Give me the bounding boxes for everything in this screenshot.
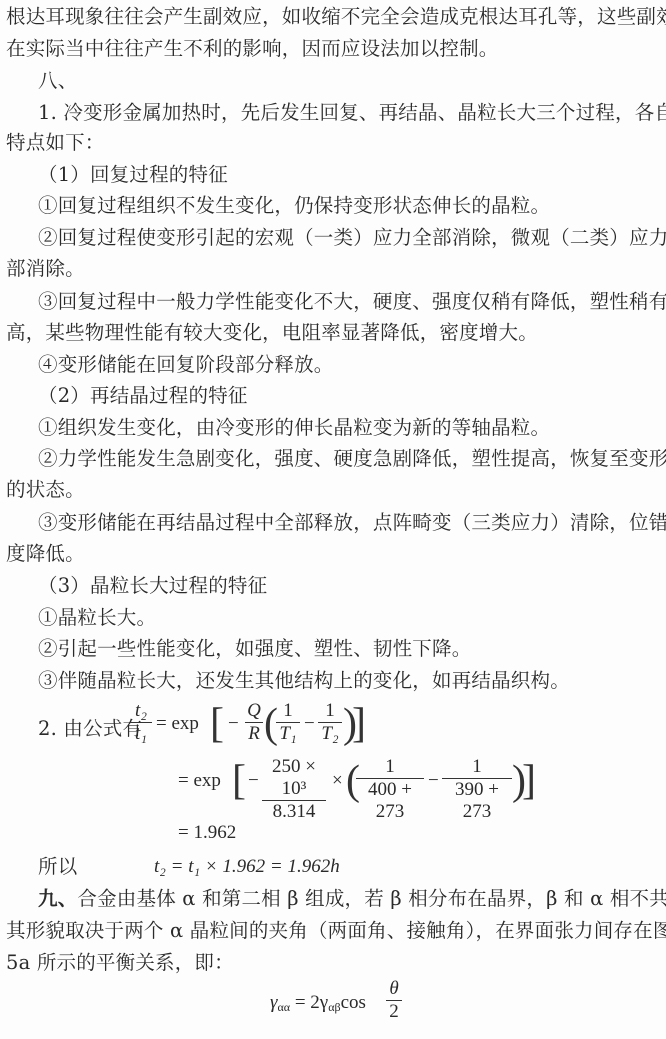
paragraph-line: 部消除。 bbox=[6, 256, 85, 282]
subheading-grain-growth: （3）晶粒长大过程的特征 bbox=[38, 573, 267, 599]
list-item: ①晶粒长大。 bbox=[38, 605, 156, 631]
section-9-first-line: 九、合金由基体 α 和第二相 β 组成，若 β 相分布在晶界，β 和 α 相不共… bbox=[38, 886, 666, 912]
paragraph-line: 5a 所示的平衡关系，即： bbox=[6, 950, 234, 976]
list-item: ③伴随晶粒长大，还发生其他结构上的变化，如再结晶织构。 bbox=[38, 668, 570, 694]
paragraph-line: 1. 冷变形金属加热时，先后发生回复、再结晶、晶粒长大三个过程，各自 bbox=[38, 100, 666, 126]
list-item: ②力学性能发生急剧变化，强度、硬度急剧降低，塑性提高，恢复至变形前 bbox=[38, 446, 666, 472]
right-bracket-icon: ] bbox=[522, 757, 536, 805]
gamma-alpha-alpha: γαα = 2γαβcos bbox=[270, 992, 366, 1015]
left-bracket-icon: [ bbox=[210, 700, 224, 748]
formula-result: = 1.962 bbox=[178, 822, 236, 844]
list-item: ②引起一些性能变化，如强度、塑性、韧性下降。 bbox=[38, 636, 471, 662]
left-bracket-icon: [ bbox=[232, 757, 246, 805]
fraction-1-over-T2: 1 T₂ bbox=[318, 700, 342, 745]
list-item: ①组织发生变化，由冷变形的伸长晶粒变为新的等轴晶粒。 bbox=[38, 415, 550, 441]
paragraph-line: 其形貌取决于两个 α 晶粒间的夹角（两面角、接触角），在界面张力间存在图 1- bbox=[6, 918, 666, 944]
fraction-1-over-673: 1 400 + 273 bbox=[356, 756, 424, 823]
fraction-theta-over-2: θ 2 bbox=[386, 978, 402, 1023]
paragraph-line: 在实际当中往往产生不利的影响，因而应设法加以控制。 bbox=[6, 36, 499, 62]
list-item: ④变形储能在回复阶段部分释放。 bbox=[38, 352, 334, 378]
formula-intro: 2. 由公式有 bbox=[38, 716, 142, 742]
section-heading-8: 八、 bbox=[38, 68, 77, 94]
so-label: 所以 bbox=[38, 854, 77, 880]
fraction-t2-over-t1: t₂ t₁ bbox=[130, 700, 152, 745]
right-bracket-icon: ] bbox=[352, 700, 366, 748]
list-item: ③回复过程中一般力学性能变化不大，硬度、强度仅稍有降低，塑性稍有提 bbox=[38, 289, 666, 315]
paragraph-line: 特点如下： bbox=[6, 130, 105, 156]
paragraph-line: 度降低。 bbox=[6, 541, 85, 567]
subheading-recrystallization: （2）再结晶过程的特征 bbox=[38, 383, 248, 409]
paragraph-line: 的状态。 bbox=[6, 477, 85, 503]
so-expression: t₂ = t₁ × 1.962 = 1.962h bbox=[154, 856, 340, 878]
paragraph-line: 高，某些物理性能有较大变化，电阻率显著降低，密度增大。 bbox=[6, 320, 538, 346]
exp-operator: = exp bbox=[156, 713, 199, 735]
list-item: ③变形储能在再结晶过程中全部释放，点阵畸变（三类应力）清除，位错密 bbox=[38, 510, 666, 536]
fraction-1-over-T1: 1 T₁ bbox=[276, 700, 300, 745]
exp-operator: = exp bbox=[178, 770, 221, 792]
fraction-250e3-over-8314: 250 × 10³ 8.314 bbox=[262, 756, 326, 823]
minus-sign: − bbox=[248, 770, 259, 792]
list-item: ②回复过程使变形引起的宏观（一类）应力全部消除，微观（二类）应力大 bbox=[38, 225, 666, 251]
section-heading-9: 九、 bbox=[38, 887, 77, 910]
fraction-Q-over-R: Q R bbox=[245, 700, 263, 745]
minus-sign: − bbox=[304, 713, 315, 735]
paragraph-line: 根达耳现象往往会产生副效应，如收缩不完全会造成克根达耳孔等，这些副效应 bbox=[6, 4, 666, 30]
subheading-recovery: （1）回复过程的特征 bbox=[38, 162, 228, 188]
list-item: ①回复过程组织不发生变化，仍保持变形状态伸长的晶粒。 bbox=[38, 193, 550, 219]
times-sign: × bbox=[332, 770, 343, 792]
minus-sign: − bbox=[428, 770, 439, 792]
fraction-1-over-663: 1 390 + 273 bbox=[442, 756, 512, 823]
minus-sign: − bbox=[228, 713, 239, 735]
paragraph-text: 合金由基体 α 和第二相 β 组成，若 β 相分布在晶界，β 和 α 相不共格， bbox=[77, 887, 666, 910]
